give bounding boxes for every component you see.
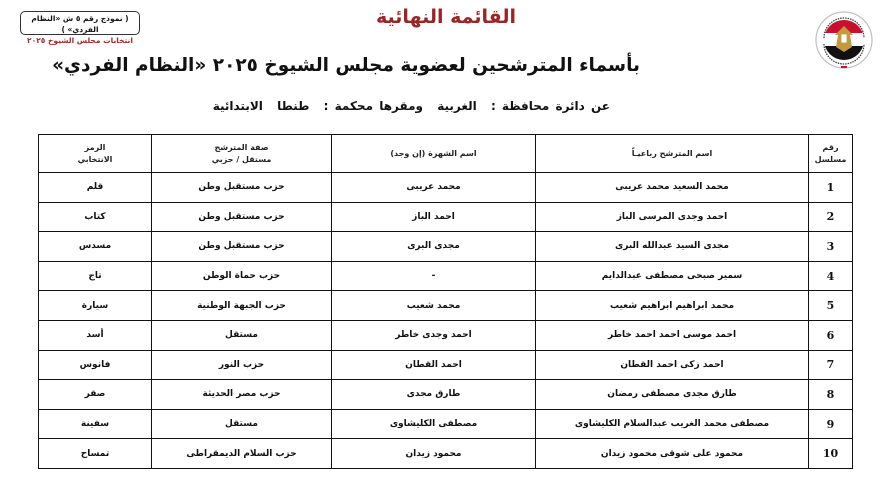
egypt-eagle-emblem-icon: [814, 10, 874, 70]
district-prefix: عن دائرة محافظة :: [491, 99, 610, 113]
cell-serial: 9: [809, 409, 853, 439]
cell-status: حزب السلام الديمقراطى: [152, 439, 332, 469]
cell-symbol: تاج: [39, 261, 152, 291]
header-symbol: الرمز الانتخابي: [39, 135, 152, 173]
cell-serial: 1: [809, 173, 853, 203]
header-full-name: اسم المترشح رباعيـاً: [536, 135, 809, 173]
table-row: 4 سمير صبحى مصطفى عبدالدايم - حزب حماة ا…: [39, 261, 853, 291]
cell-nickname: مجدى البرى: [332, 232, 536, 262]
cell-symbol: مسدس: [39, 232, 152, 262]
cell-full-name: طارق مجدى مصطفى رمضان: [536, 380, 809, 410]
document-heading: بأسماء المترشحين لعضوية مجلس الشيوخ ٢٠٢٥…: [160, 55, 640, 76]
cell-symbol: أسد: [39, 320, 152, 350]
cell-full-name: احمد موسى احمد احمد خاطر: [536, 320, 809, 350]
cell-full-name: احمد زكى احمد القطان: [536, 350, 809, 380]
cell-status: مستقل: [152, 409, 332, 439]
cell-full-name: محمد ابراهيم ابراهيم شعيب: [536, 291, 809, 321]
header-serial: رقم مسلسل: [809, 135, 853, 173]
cell-symbol: سفينة: [39, 409, 152, 439]
cell-symbol: سيارة: [39, 291, 152, 321]
cell-nickname: طارق مجدى: [332, 380, 536, 410]
table-row: 8 طارق مجدى مصطفى رمضان طارق مجدى حزب مص…: [39, 380, 853, 410]
table-row: 9 مصطفى محمد الغريب عبدالسلام الكليشاوى …: [39, 409, 853, 439]
candidates-table: رقم مسلسل اسم المترشح رباعيـاً اسم الشهر…: [38, 134, 853, 469]
cell-full-name: محمود على شوقى محمود زيدان: [536, 439, 809, 469]
cell-status: حزب مستقبل وطن: [152, 232, 332, 262]
cell-serial: 6: [809, 320, 853, 350]
cell-symbol: قلم: [39, 173, 152, 203]
cell-symbol: فانوس: [39, 350, 152, 380]
table-row: 3 مجدى السيد عبدالله البرى مجدى البرى حز…: [39, 232, 853, 262]
cell-serial: 10: [809, 439, 853, 469]
table-row: 2 احمد وجدى المرسى الباز احمد الباز حزب …: [39, 202, 853, 232]
district-court-type: الابتدائية: [213, 99, 263, 113]
cell-full-name: سمير صبحى مصطفى عبدالدايم: [536, 261, 809, 291]
cell-serial: 5: [809, 291, 853, 321]
cell-nickname: مصطفى الكليشاوى: [332, 409, 536, 439]
cell-nickname: محمود زيدان: [332, 439, 536, 469]
cell-serial: 8: [809, 380, 853, 410]
cell-nickname: احمد الباز: [332, 202, 536, 232]
district-court-label: ومقرها محكمة :: [324, 99, 423, 113]
district-governorate: الغربية: [437, 99, 477, 113]
cell-status: حزب النور: [152, 350, 332, 380]
district-court: طنطا: [277, 99, 309, 113]
cell-status: حزب الجبهة الوطنية: [152, 291, 332, 321]
table-row: 1 محمد السعيد محمد عريبى محمد عريبى حزب …: [39, 173, 853, 203]
district-info: عن دائرة محافظة : الغربية ومقرها محكمة :…: [270, 99, 610, 113]
form-tag-line2: انتخابات مجلس الشيوخ ٢٠٢٥: [21, 35, 139, 46]
cell-full-name: احمد وجدى المرسى الباز: [536, 202, 809, 232]
cell-full-name: مصطفى محمد الغريب عبدالسلام الكليشاوى: [536, 409, 809, 439]
cell-serial: 7: [809, 350, 853, 380]
header-nickname: اسم الشهرة (إن وجد): [332, 135, 536, 173]
cell-serial: 3: [809, 232, 853, 262]
cell-nickname: محمد شعيب: [332, 291, 536, 321]
cell-status: مستقل: [152, 320, 332, 350]
cell-status: حزب مستقبل وطن: [152, 173, 332, 203]
cell-status: حزب حماة الوطن: [152, 261, 332, 291]
cell-nickname: محمد عريبى: [332, 173, 536, 203]
table-row: 6 احمد موسى احمد احمد خاطر احمد وجدى خاط…: [39, 320, 853, 350]
cell-status: حزب مستقبل وطن: [152, 202, 332, 232]
table-row: 5 محمد ابراهيم ابراهيم شعيب محمد شعيب حز…: [39, 291, 853, 321]
cell-symbol: صقر: [39, 380, 152, 410]
cell-full-name: محمد السعيد محمد عريبى: [536, 173, 809, 203]
cell-status: حزب مصر الحديثة: [152, 380, 332, 410]
cell-nickname: احمد القطان: [332, 350, 536, 380]
cell-nickname: احمد وجدى خاطر: [332, 320, 536, 350]
cell-nickname: -: [332, 261, 536, 291]
table-row: 7 احمد زكى احمد القطان احمد القطان حزب ا…: [39, 350, 853, 380]
cell-serial: 4: [809, 261, 853, 291]
table-header-row: رقم مسلسل اسم المترشح رباعيـاً اسم الشهر…: [39, 135, 853, 173]
cell-symbol: كتاب: [39, 202, 152, 232]
table-row: 10 محمود على شوقى محمود زيدان محمود زيدا…: [39, 439, 853, 469]
page-title: القائمة النهائية: [0, 6, 892, 28]
header-status: صفة المترشح مستقل / حزبي: [152, 135, 332, 173]
cell-serial: 2: [809, 202, 853, 232]
cell-full-name: مجدى السيد عبدالله البرى: [536, 232, 809, 262]
cell-symbol: تمساح: [39, 439, 152, 469]
